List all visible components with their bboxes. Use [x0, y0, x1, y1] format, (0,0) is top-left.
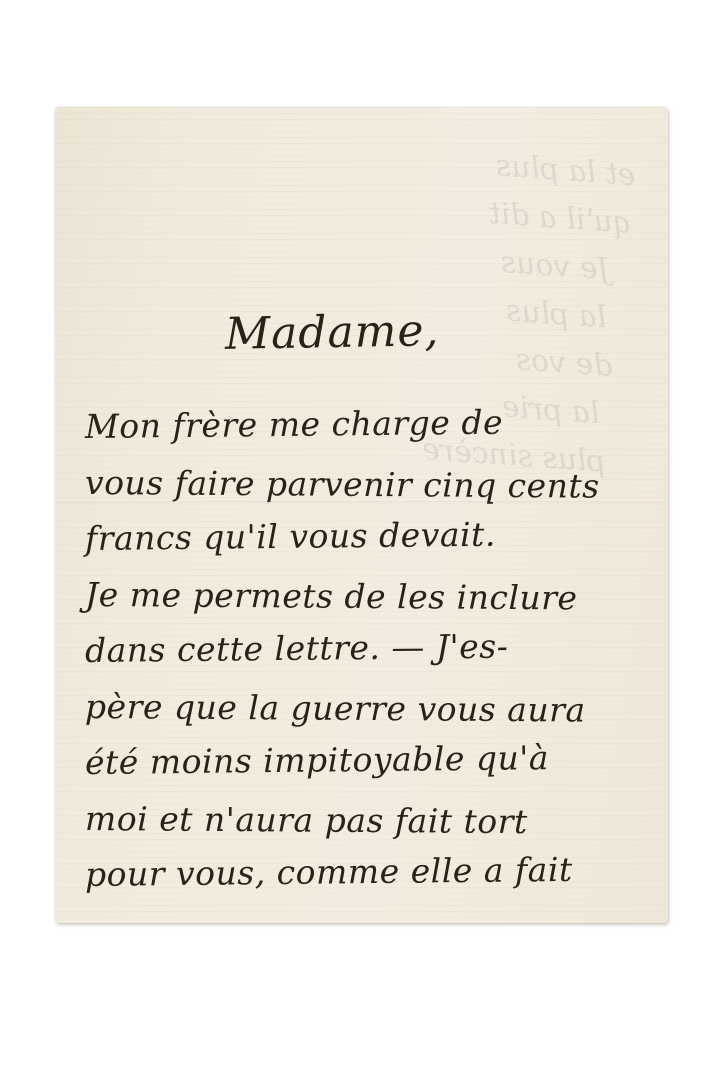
letter-body: Mon frère me charge de vous faire parven…	[85, 399, 660, 903]
letter-line: dans cette lettre. — J'es-	[85, 617, 661, 679]
letter-page: et la plus qu'il a dit Je vous la plus d…	[55, 107, 668, 923]
letter-line: Mon frère me charge de	[85, 393, 661, 455]
letter-salutation: Madame,	[225, 305, 440, 360]
letter-line: francs qu'il vous devait.	[85, 505, 661, 567]
letter-line: été moins impitoyable qu'à	[85, 729, 661, 791]
letter-line: pour vous, comme elle a fait	[85, 841, 661, 903]
